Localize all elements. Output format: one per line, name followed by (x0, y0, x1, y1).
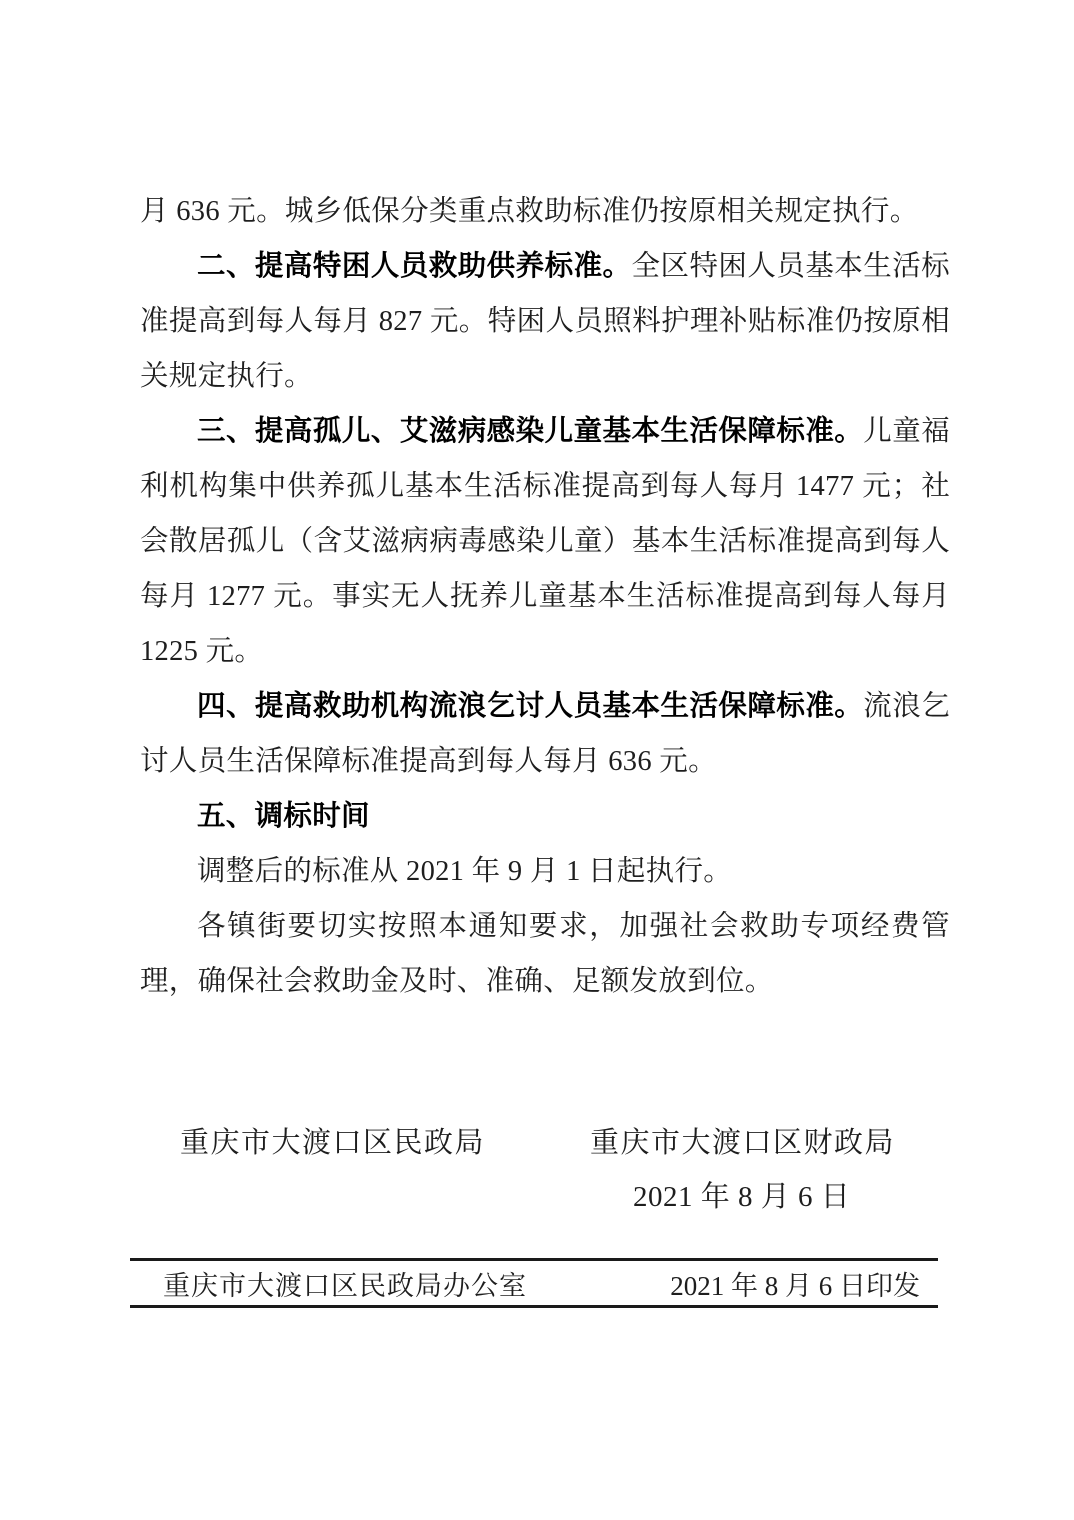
signature-civil-affairs-bureau: 重庆市大渡口区民政局 (180, 1120, 485, 1161)
section-2: 二、提高特困人员救助供养标准。全区特困人员基本生活标准提高到每人每月 827 元… (140, 239, 950, 404)
section-4-heading: 四、提高救助机构流浪乞讨人员基本生活保障标准。 (197, 690, 863, 722)
paragraph-closing: 各镇街要切实按照本通知要求，加强社会救助专项经费管理，确保社会救助金及时、准确、… (140, 899, 950, 1009)
section-5: 五、调标时间 (140, 789, 950, 844)
signature-date: 2021 年 8 月 6 日 (633, 1174, 850, 1215)
section-5-heading: 五、调标时间 (197, 800, 370, 832)
section-2-heading: 二、提高特困人员救助供养标准。 (197, 250, 632, 282)
section-3-text: 儿童福利机构集中供养孤儿基本生活标准提高到每人每月 1477 元；社会散居孤儿（… (140, 416, 950, 667)
document-body: 月 636 元。城乡低保分类重点救助标准仍按原相关规定执行。 二、提高特困人员救… (140, 184, 950, 1009)
paragraph-continuation: 月 636 元。城乡低保分类重点救助标准仍按原相关规定执行。 (140, 184, 950, 239)
section-3-heading: 三、提高孤儿、艾滋病感染儿童基本生活保障标准。 (197, 415, 863, 447)
signature-finance-bureau: 重庆市大渡口区财政局 (590, 1120, 895, 1161)
footer-bar: 重庆市大渡口区民政局办公室 2021 年 8 月 6 日印发 (130, 1258, 938, 1308)
section-4: 四、提高救助机构流浪乞讨人员基本生活保障标准。流浪乞讨人员生活保障标准提高到每人… (140, 679, 950, 789)
paragraph-effective-date: 调整后的标准从 2021 年 9 月 1 日起执行。 (140, 844, 950, 899)
document-page: 月 636 元。城乡低保分类重点救助标准仍按原相关规定执行。 二、提高特困人员救… (0, 0, 1074, 1520)
footer-print-date: 2021 年 8 月 6 日印发 (670, 1264, 920, 1303)
section-3: 三、提高孤儿、艾滋病感染儿童基本生活保障标准。儿童福利机构集中供养孤儿基本生活标… (140, 404, 950, 679)
footer-issuing-office: 重庆市大渡口区民政局办公室 (163, 1264, 527, 1303)
